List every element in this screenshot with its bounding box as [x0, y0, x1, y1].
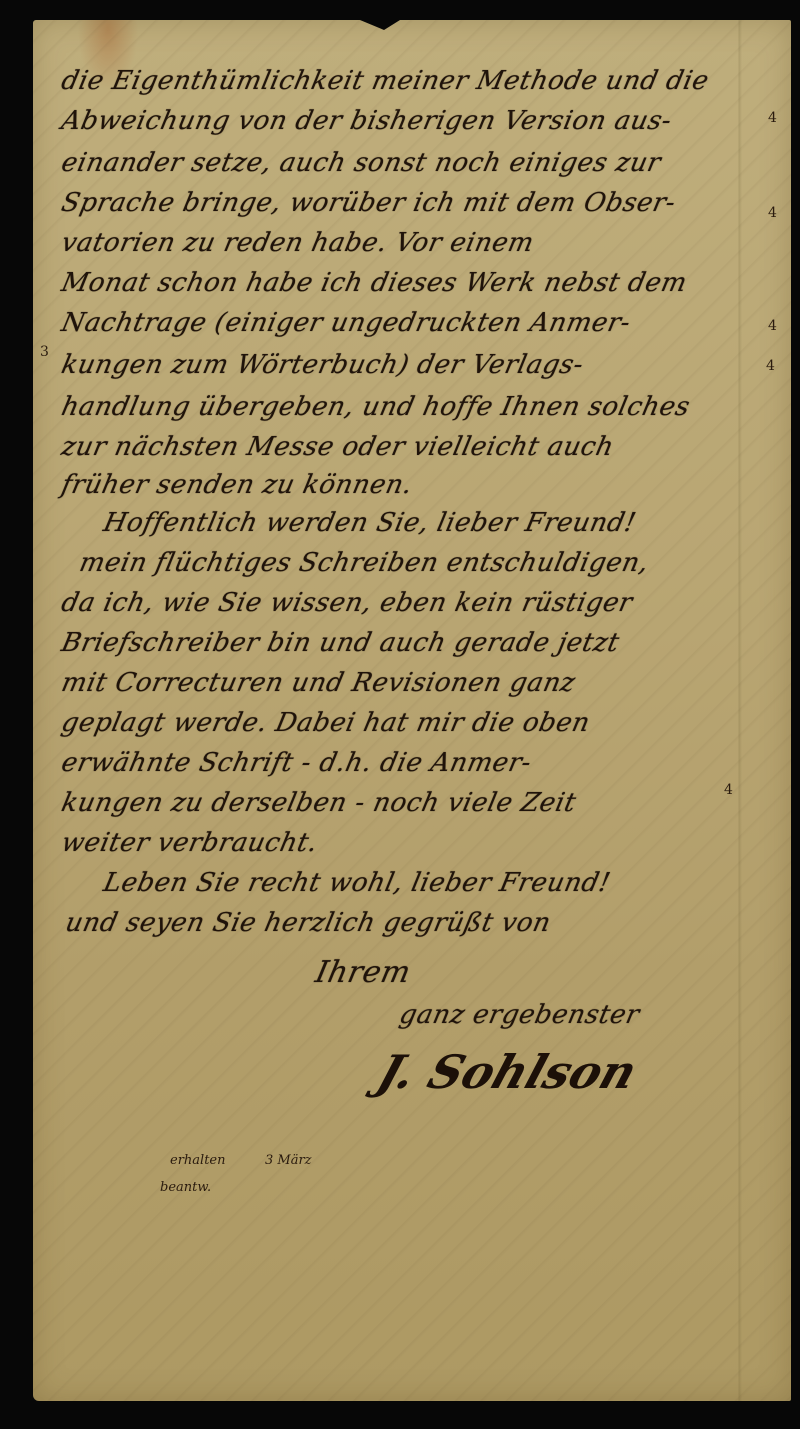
- body-line: kungen zum Wörterbuch) der Verlags-: [59, 350, 586, 380]
- closing-line: und seyen Sie herzlich gegrüßt von: [63, 908, 554, 938]
- body-line: da ich, wie Sie wissen, eben kein rüstig…: [59, 588, 636, 618]
- body-line: vatorien zu reden habe. Vor einem: [59, 228, 537, 258]
- body-line: Sprache bringe, worüber ich mit dem Obse…: [59, 188, 679, 218]
- margin-mark: 4: [768, 318, 777, 334]
- note-answered: beantw.: [160, 1180, 211, 1195]
- body-line: einander setze, auch sonst noch einiges …: [59, 148, 664, 178]
- body-line: geplagt werde. Dabei hat mir die oben: [59, 708, 593, 738]
- note-received: erhalten: [170, 1153, 225, 1168]
- signature: J. Sohlson: [371, 1045, 644, 1099]
- body-line: weiter verbraucht.: [59, 828, 321, 858]
- body-line: die Eigenthümlichkeit meiner Methode und…: [59, 66, 712, 96]
- salutation-ergebenster: ganz ergebenster: [397, 1000, 642, 1030]
- margin-mark: 4: [768, 110, 777, 126]
- body-line: kungen zu derselben - noch viele Zeit: [59, 788, 579, 818]
- salutation-ihrem: Ihrem: [312, 955, 414, 990]
- body-line: erwähnte Schrift - d.h. die Anmer-: [59, 748, 534, 778]
- body-line: mit Correcturen und Revisionen ganz: [59, 668, 578, 698]
- closing-line: Leben Sie recht wohl, lieber Freund!: [101, 868, 613, 898]
- body-line: Hoffentlich werden Sie, lieber Freund!: [101, 508, 639, 538]
- body-line: mein flüchtiges Schreiben entschuldigen,: [77, 548, 652, 578]
- note-date: 3 März: [265, 1153, 312, 1168]
- margin-mark: 4: [724, 782, 733, 798]
- body-line: handlung übergeben, und hoffe Ihnen solc…: [59, 392, 693, 422]
- body-line: Nachtrage (einiger ungedruckten Anmer-: [59, 308, 634, 338]
- body-line: Briefschreiber bin und auch gerade jetzt: [59, 628, 622, 658]
- margin-mark: 4: [766, 358, 775, 374]
- margin-mark: 4: [768, 205, 777, 221]
- body-line: Monat schon habe ich dieses Werk nebst d…: [59, 268, 690, 298]
- body-line: Abweichung von der bisherigen Version au…: [59, 106, 675, 136]
- body-line: früher senden zu können.: [59, 470, 416, 500]
- body-line: zur nächsten Messe oder vielleicht auch: [59, 432, 617, 462]
- margin-mark: 3: [40, 344, 49, 360]
